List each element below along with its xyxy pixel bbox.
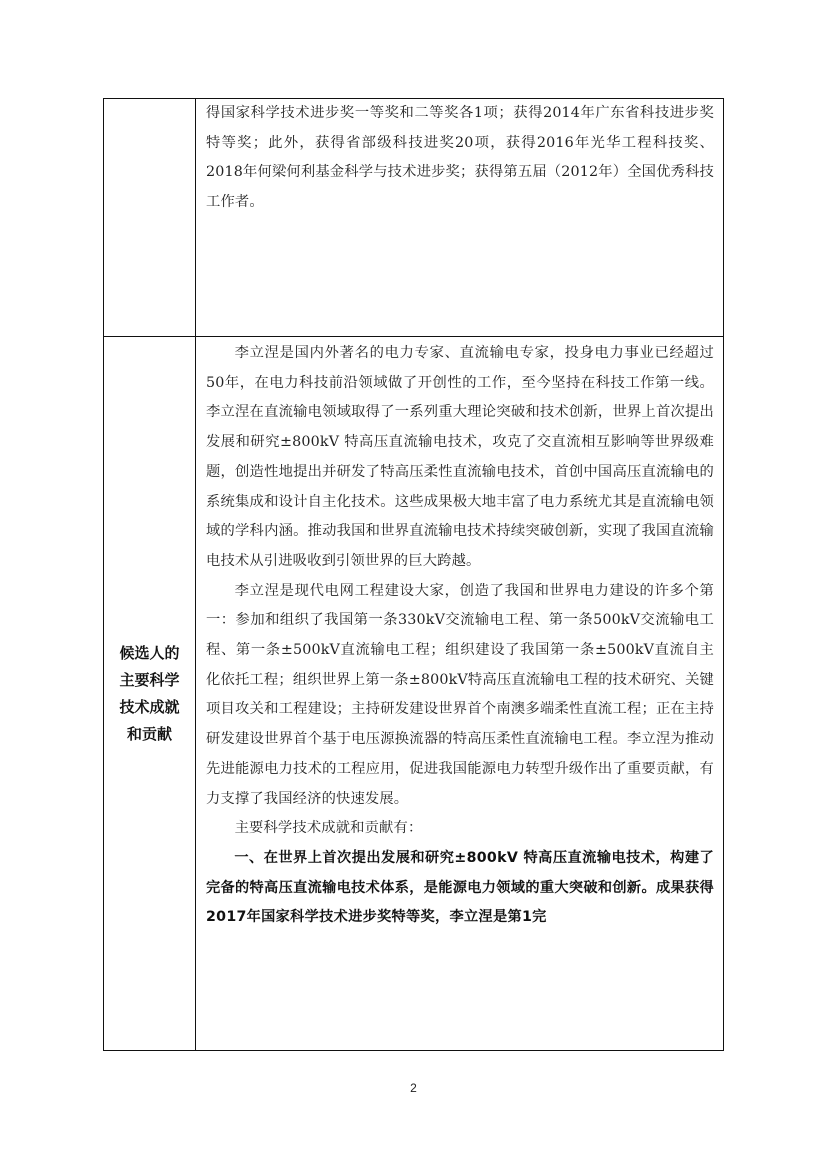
row-label-cell (104, 99, 196, 337)
row-label-cell: 候选人的主要科学技术成就和贡献 (104, 337, 196, 1051)
row-content-cell: 李立涅是国内外著名的电力专家、直流输电专家，投身电力事业已经超过50年，在电力科… (196, 337, 724, 1051)
nomination-table: 得国家科学技术进步奖一等奖和二等奖各1项；获得2014年广东省科技进步奖特等奖；… (103, 98, 724, 1051)
paragraph-achievement-1: 一、在世界上首次提出发展和研究±800kV 特高压直流输电技术，构建了完备的特高… (206, 844, 714, 933)
paragraph-expert-intro: 李立涅是国内外著名的电力专家、直流输电专家，投身电力事业已经超过50年，在电力科… (206, 339, 714, 577)
row-content-cell: 得国家科学技术进步奖一等奖和二等奖各1项；获得2014年广东省科技进步奖特等奖；… (196, 99, 724, 337)
awards-paragraph: 得国家科学技术进步奖一等奖和二等奖各1项；获得2014年广东省科技进步奖特等奖；… (206, 99, 714, 218)
row-label-achievements: 候选人的主要科学技术成就和贡献 (115, 640, 185, 748)
paragraph-list-intro: 主要科学技术成就和贡献有： (206, 814, 714, 844)
achievements-content: 李立涅是国内外著名的电力专家、直流输电专家，投身电力事业已经超过50年，在电力科… (196, 337, 723, 933)
table-row-awards: 得国家科学技术进步奖一等奖和二等奖各1项；获得2014年广东省科技进步奖特等奖；… (104, 99, 724, 337)
paragraph-engineering: 李立涅是现代电网工程建设大家，创造了我国和世界电力建设的许多个第一：参加和组织了… (206, 577, 714, 815)
awards-content: 得国家科学技术进步奖一等奖和二等奖各1项；获得2014年广东省科技进步奖特等奖；… (196, 99, 723, 218)
table-row-achievements: 候选人的主要科学技术成就和贡献 李立涅是国内外著名的电力专家、直流输电专家，投身… (104, 337, 724, 1051)
page-number: 2 (0, 1081, 827, 1095)
document-page: 得国家科学技术进步奖一等奖和二等奖各1项；获得2014年广东省科技进步奖特等奖；… (0, 0, 827, 1169)
